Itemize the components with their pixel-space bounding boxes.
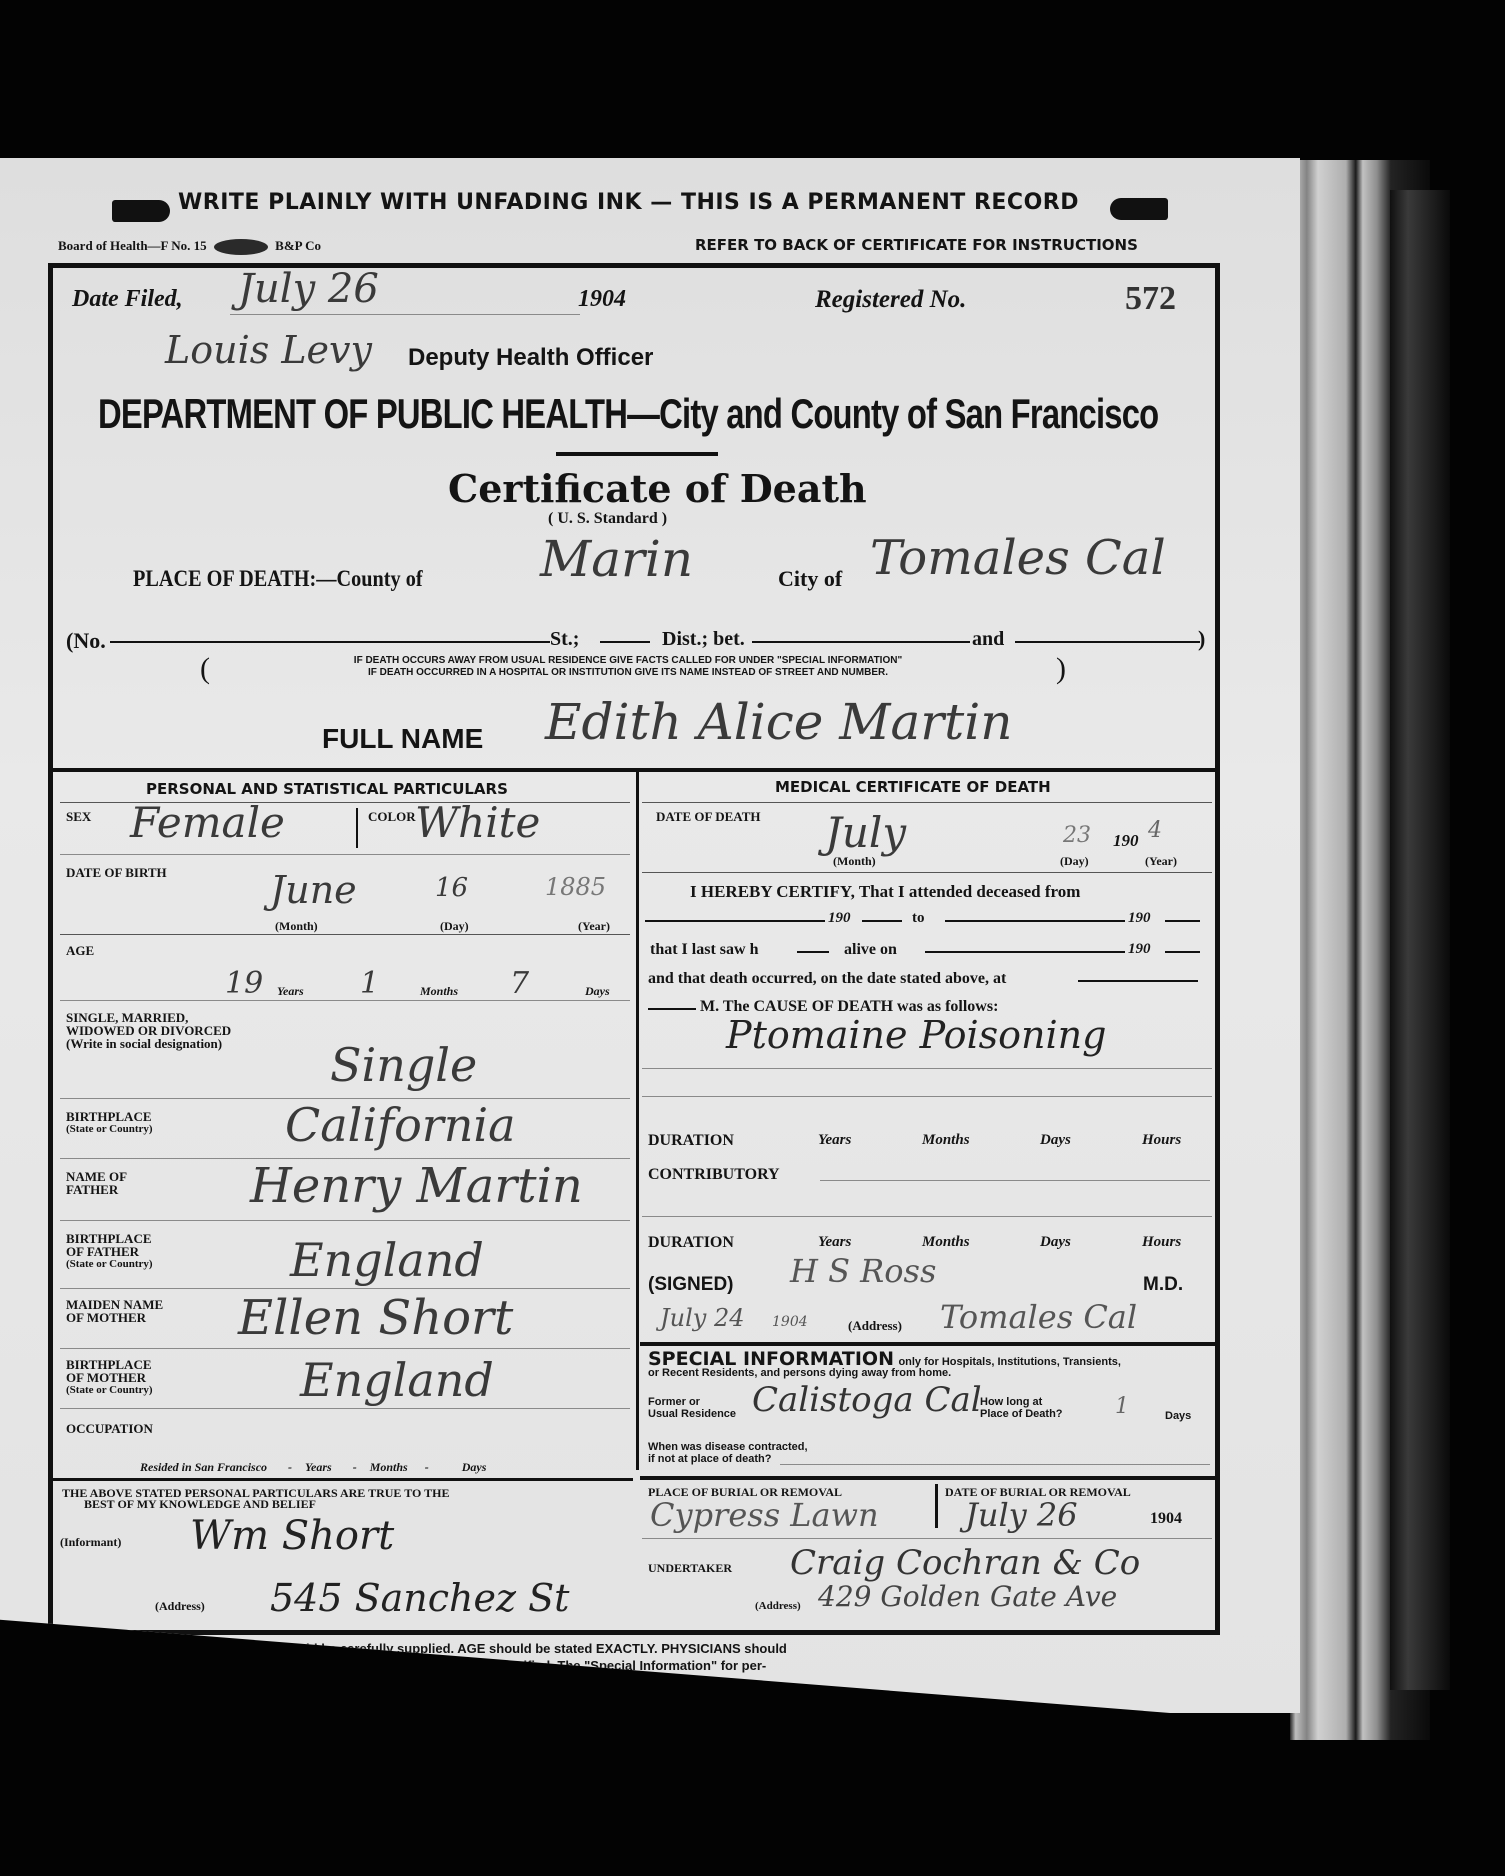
contributory-cause-label: CONTRIBUTORY [648, 1166, 780, 1184]
registered-number-label: Registered No. [815, 286, 966, 314]
certify-attended-line: I HEREBY CERTIFY, That I attended deceas… [690, 882, 1080, 902]
street-label: St.; [550, 628, 579, 651]
certificate-title: Certificate of Death [448, 466, 867, 511]
duration-years-primary: Years [818, 1132, 851, 1149]
duration-months-contributory: Months [922, 1234, 970, 1251]
date-filed-label: Date Filed, [72, 286, 183, 313]
street-number-label: (No. [66, 628, 106, 654]
health-officer-title: Deputy Health Officer [408, 344, 653, 372]
marital-status-value: Single [330, 1038, 477, 1092]
resided-years-value: - [288, 1460, 292, 1474]
burial-date-value: July 26 [965, 1496, 1078, 1534]
physician-signature: H S Ross [790, 1252, 936, 1290]
birth-day-value: 16 [435, 873, 468, 903]
how-long-label-line-1: How long at [980, 1396, 1063, 1408]
mother-label-line-2: OF MOTHER [66, 1311, 163, 1324]
mother-maiden-name-label: MAIDEN NAME OF MOTHER [66, 1298, 163, 1324]
department-title: DEPARTMENT OF PUBLIC HEALTH—City and Cou… [98, 390, 1158, 438]
duration-label-contributory: DURATION [648, 1234, 734, 1252]
union-label-seal-icon [214, 239, 268, 255]
last-seen-year: 190 [1128, 941, 1151, 958]
burial-year-value: 1904 [1150, 1510, 1182, 1528]
attended-to-label: to [912, 910, 925, 927]
days-caption: Days [585, 984, 610, 999]
md-label: M.D. [1143, 1274, 1183, 1296]
date-filed-year: 1904 [578, 286, 626, 313]
mother-bp-label-line-3: (State or Country) [66, 1384, 153, 1397]
death-certificate-page: WRITE PLAINLY WITH UNFADING INK — THIS I… [0, 158, 1300, 1713]
father-label-line-2: FATHER [66, 1183, 127, 1196]
birth-year-value: 1885 [545, 873, 606, 901]
title-divider [556, 452, 718, 456]
birth-month-value: June [270, 868, 357, 912]
banner-dash: — [650, 190, 673, 215]
months-caption: Months [420, 984, 458, 999]
how-long-label: How long at Place of Death? [980, 1396, 1063, 1420]
ink-instruction-banner: WRITE PLAINLY WITH UNFADING INK — THIS I… [178, 190, 1079, 215]
how-long-value: 1 [1115, 1394, 1129, 1419]
signed-label: (SIGNED) [648, 1274, 734, 1296]
last-saw-label: that I last saw h [650, 941, 758, 959]
age-label: AGE [66, 944, 94, 957]
us-standard-subtitle: ( U. S. Standard ) [548, 510, 667, 528]
father-bp-label-line-2: OF FATHER [66, 1245, 153, 1258]
personal-particulars-heading: PERSONAL AND STATISTICAL PARTICULARS [146, 780, 508, 798]
undertaker-label: UNDERTAKER [648, 1562, 732, 1575]
book-binding-shadow [1390, 190, 1450, 1690]
month-caption: (Month) [275, 920, 318, 932]
years-caption: Years [277, 984, 304, 999]
resided-in-sf-row: Resided in San Francisco - Years - Month… [140, 1460, 486, 1475]
former-label-line-2: Usual Residence [648, 1408, 736, 1420]
date-of-death-label: DATE OF DEATH [656, 810, 761, 823]
resided-months-caption: Months [370, 1460, 408, 1474]
registered-number: 572 [1125, 280, 1176, 318]
resided-years-caption: Years [305, 1460, 332, 1474]
place-of-death-label: PLACE OF DEATH:—County of [133, 566, 423, 592]
banner-left-text: WRITE PLAINLY WITH UNFADING INK [178, 190, 642, 215]
duration-label-primary: DURATION [648, 1132, 734, 1150]
note-open-paren: ( [200, 652, 210, 686]
refer-instructions-note: REFER TO BACK OF CERTIFICATE FOR INSTRUC… [695, 236, 1138, 254]
duration-hours-primary: Hours [1142, 1132, 1181, 1149]
death-occurred-line: and that death occurred, on the date sta… [648, 970, 1006, 988]
note-line-2: IF DEATH OCCURRED IN A HOSPITAL OR INSTI… [218, 667, 1038, 679]
burial-place-value: Cypress Lawn [650, 1496, 879, 1534]
mother-bp-label-line-2: OF MOTHER [66, 1371, 153, 1384]
nb-instructions: N. B.—Every item of information should b… [72, 1640, 787, 1691]
age-days-value: 7 [510, 966, 529, 1001]
pointing-hand-right-icon [1110, 198, 1168, 220]
death-year-caption: (Year) [1145, 855, 1177, 867]
informant-label: (Informant) [60, 1536, 121, 1548]
mother-birthplace-value: England [300, 1353, 494, 1407]
former-label-line-1: Former or [648, 1396, 736, 1408]
usual-residence-note: IF DEATH OCCURS AWAY FROM USUAL RESIDENC… [218, 655, 1038, 679]
death-day-caption: (Day) [1060, 855, 1089, 867]
nb-line-3: sons dying away from home should be give… [72, 1674, 787, 1691]
informant-address-value: 545 Sanchez St [270, 1576, 569, 1620]
duration-days-primary: Days [1040, 1132, 1071, 1149]
how-long-days-label: Days [1165, 1410, 1191, 1422]
duration-years-contributory: Years [818, 1234, 851, 1251]
signed-date-value: July 24 [660, 1304, 744, 1332]
full-name-label: FULL NAME [322, 723, 483, 755]
duration-hours-contributory: Hours [1142, 1234, 1181, 1251]
close-paren: ) [1198, 626, 1205, 652]
nb-line-2: state CAUSE OF DEATH in plain terms, tha… [72, 1657, 787, 1674]
nb-line-1: N. B.—Every item of information should b… [72, 1640, 787, 1657]
pointing-hand-left-icon [112, 200, 170, 222]
father-bp-label-line-3: (State or Country) [66, 1258, 153, 1271]
death-year-prefix: 190 [1113, 831, 1139, 851]
undertaker-address-label: (Address) [755, 1600, 801, 1612]
health-officer-signature: Louis Levy [165, 328, 372, 372]
duration-days-contributory: Days [1040, 1234, 1071, 1251]
color-label: COLOR [368, 810, 416, 823]
father-name-value: Henry Martin [250, 1158, 583, 1214]
day-caption: (Day) [440, 920, 469, 932]
cause-of-death-value: Ptomaine Poisoning [726, 1013, 1106, 1057]
father-birthplace-value: England [290, 1233, 484, 1287]
attended-to-year: 190 [1128, 910, 1151, 927]
contracted-label-line-1: When was disease contracted, [648, 1441, 808, 1453]
medical-certificate-heading: MEDICAL CERTIFICATE OF DEATH [775, 778, 1051, 796]
undertaker-value: Craig Cochran & Co [790, 1543, 1140, 1583]
note-close-paren: ) [1056, 652, 1066, 686]
resided-days-caption: Days [462, 1460, 487, 1474]
father-name-label: NAME OF FATHER [66, 1170, 127, 1196]
mother-birthplace-label: BIRTHPLACE OF MOTHER (State or Country) [66, 1358, 153, 1397]
date-filed-value: July 26 [238, 266, 379, 312]
form-number: Board of Health—F No. 15 B&P Co [58, 238, 321, 255]
informant-statement-line-2: BEST OF MY KNOWLEDGE AND BELIEF [62, 1499, 449, 1510]
marital-status-label: SINGLE, MARRIED, WIDOWED OR DIVORCED (Wr… [66, 1011, 231, 1050]
duration-months-primary: Months [922, 1132, 970, 1149]
note-line-1: IF DEATH OCCURS AWAY FROM USUAL RESIDENC… [218, 655, 1038, 667]
undertaker-address-value: 429 Golden Gate Ave [818, 1580, 1117, 1613]
birthplace-label: BIRTHPLACE (State or Country) [66, 1110, 153, 1136]
signed-year-value: 1904 [772, 1314, 808, 1330]
how-long-label-line-2: Place of Death? [980, 1408, 1063, 1420]
birthplace-value: California [285, 1098, 516, 1152]
full-name-value: Edith Alice Martin [545, 693, 1012, 751]
special-info-note-2: or Recent Residents, and persons dying a… [648, 1367, 951, 1379]
attended-from-year: 190 [828, 910, 851, 927]
death-day-value: 23 [1063, 823, 1091, 848]
physician-address-label: (Address) [848, 1320, 902, 1332]
printer-mark: B&P Co [275, 238, 321, 253]
physician-address-value: Tomales Cal [940, 1298, 1137, 1336]
death-year-suffix: 4 [1148, 818, 1162, 843]
birthplace-label-line-2: (State or Country) [66, 1123, 153, 1136]
age-months-value: 1 [360, 966, 379, 1001]
resided-days-value: - [425, 1460, 429, 1474]
marital-label-line-3: (Write in social designation) [66, 1037, 231, 1050]
and-label: and [972, 628, 1004, 651]
mother-maiden-name-value: Ellen Short [238, 1290, 513, 1346]
color-value: White [415, 798, 540, 847]
death-month-value: July [825, 808, 906, 857]
resided-label: Resided in San Francisco [140, 1460, 267, 1474]
resided-months-value: - [353, 1460, 357, 1474]
banner-right-text: THIS IS A PERMANENT RECORD [681, 190, 1079, 215]
father-birthplace-label: BIRTHPLACE OF FATHER (State or Country) [66, 1232, 153, 1271]
informant-statement: THE ABOVE STATED PERSONAL PARTICULARS AR… [62, 1488, 449, 1510]
year-caption: (Year) [578, 920, 610, 932]
alive-on-label: alive on [844, 941, 897, 959]
sex-label: SEX [66, 810, 91, 823]
informant-name-value: Wm Short [190, 1513, 394, 1559]
informant-address-label: (Address) [155, 1600, 205, 1612]
date-of-birth-label: DATE OF BIRTH [66, 866, 167, 879]
disease-contracted-label: When was disease contracted, if not at p… [648, 1441, 808, 1465]
occupation-label: OCCUPATION [66, 1422, 153, 1435]
age-years-value: 19 [225, 966, 263, 1001]
sex-value: Female [130, 798, 285, 847]
district-label: Dist.; bet. [662, 628, 745, 651]
city-label: City of [778, 566, 842, 592]
former-residence-value: Calistoga Cal [752, 1380, 982, 1420]
former-residence-label: Former or Usual Residence [648, 1396, 736, 1420]
form-number-text: Board of Health—F No. 15 [58, 238, 207, 253]
death-month-caption: (Month) [833, 855, 876, 867]
county-value: Marin [540, 530, 693, 588]
city-value: Tomales Cal [870, 530, 1166, 586]
birthplace-label-line-1: BIRTHPLACE [66, 1110, 153, 1123]
